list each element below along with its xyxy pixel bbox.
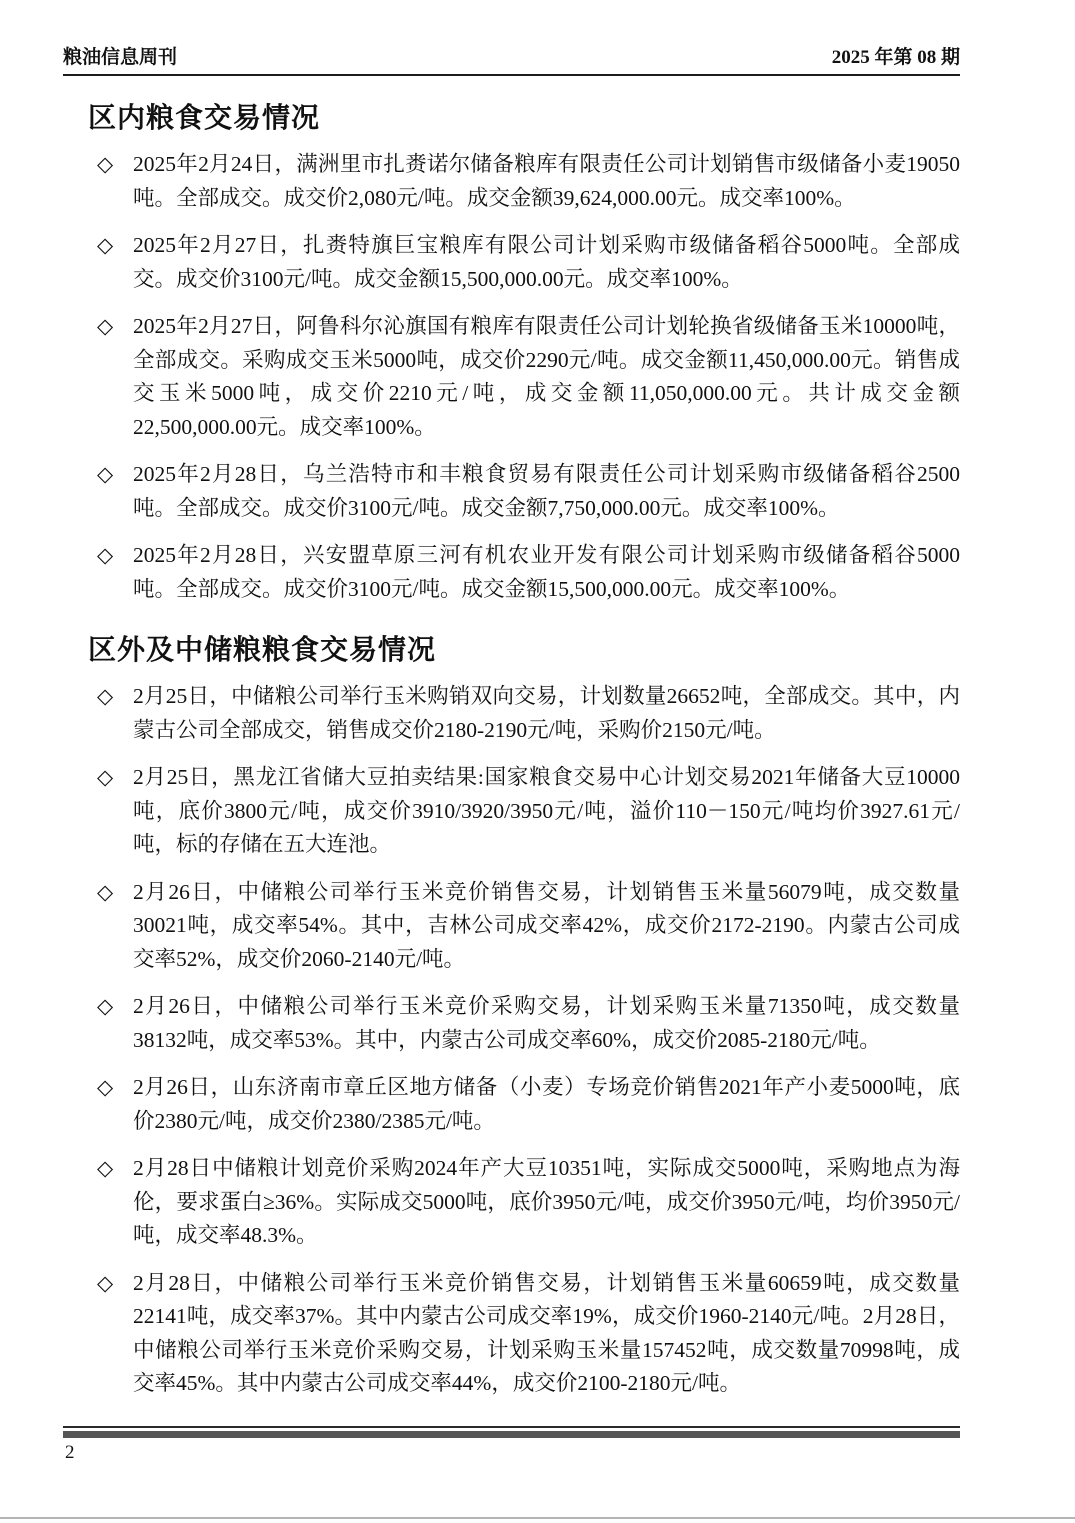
list-item: ◇ 2月26日，中储粮公司举行玉米竞价销售交易，计划销售玉米量56079吨，成交… bbox=[63, 876, 960, 977]
item-text: 2月26日，中储粮公司举行玉米竞价销售交易，计划销售玉米量56079吨，成交数量… bbox=[133, 880, 960, 971]
list-item: ◇ 2月26日，中储粮公司举行玉米竞价采购交易，计划采购玉米量71350吨，成交… bbox=[63, 990, 960, 1057]
extra-region-trade-list: ◇ 2月25日，中储粮公司举行玉米购销双向交易，计划数量26652吨，全部成交。… bbox=[63, 680, 960, 1401]
diamond-bullet-icon: ◇ bbox=[97, 539, 113, 573]
footer-rule-thick bbox=[63, 1431, 960, 1438]
item-text: 2月25日，中储粮公司举行玉米购销双向交易，计划数量26652吨，全部成交。其中… bbox=[133, 684, 960, 742]
diamond-bullet-icon: ◇ bbox=[97, 229, 113, 263]
page-header: 粮油信息周刊 2025 年第 08 期 bbox=[63, 42, 960, 76]
journal-title: 粮油信息周刊 bbox=[63, 42, 177, 69]
item-text: 2月28日中储粮计划竞价采购2024年产大豆10351吨，实际成交5000吨，采… bbox=[133, 1156, 960, 1247]
item-text: 2月26日，山东济南市章丘区地方储备（小麦）专场竞价销售2021年产小麦5000… bbox=[133, 1075, 960, 1133]
list-item: ◇ 2025年2月27日，阿鲁科尔沁旗国有粮库有限责任公司计划轮换省级储备玉米1… bbox=[63, 310, 960, 444]
list-item: ◇ 2月25日，中储粮公司举行玉米购销双向交易，计划数量26652吨，全部成交。… bbox=[63, 680, 960, 747]
list-item: ◇ 2025年2月28日，乌兰浩特市和丰粮食贸易有限责任公司计划采购市级储备稻谷… bbox=[63, 458, 960, 525]
document-page: 粮油信息周刊 2025 年第 08 期 区内粮食交易情况 ◇ 2025年2月24… bbox=[0, 0, 1075, 1523]
list-item: ◇ 2025年2月27日，扎赉特旗巨宝粮库有限公司计划采购市级储备稻谷5000吨… bbox=[63, 229, 960, 296]
diamond-bullet-icon: ◇ bbox=[97, 458, 113, 492]
diamond-bullet-icon: ◇ bbox=[97, 761, 113, 795]
diamond-bullet-icon: ◇ bbox=[97, 1152, 113, 1186]
diamond-bullet-icon: ◇ bbox=[97, 1267, 113, 1301]
list-item: ◇ 2月28日中储粮计划竞价采购2024年产大豆10351吨，实际成交5000吨… bbox=[63, 1152, 960, 1253]
item-text: 2025年2月27日，阿鲁科尔沁旗国有粮库有限责任公司计划轮换省级储备玉米100… bbox=[133, 314, 960, 439]
item-text: 2025年2月28日，乌兰浩特市和丰粮食贸易有限责任公司计划采购市级储备稻谷25… bbox=[133, 462, 960, 520]
page-footer: 2 bbox=[63, 1426, 960, 1464]
page-content: 区内粮食交易情况 ◇ 2025年2月24日，满洲里市扎赉诺尔储备粮库有限责任公司… bbox=[63, 96, 960, 1415]
diamond-bullet-icon: ◇ bbox=[97, 310, 113, 344]
diamond-bullet-icon: ◇ bbox=[97, 990, 113, 1024]
list-item: ◇ 2月28日，中储粮公司举行玉米竞价销售交易，计划销售玉米量60659吨，成交… bbox=[63, 1267, 960, 1401]
item-text: 2月25日，黑龙江省储大豆拍卖结果:国家粮食交易中心计划交易2021年储备大豆1… bbox=[133, 765, 960, 856]
diamond-bullet-icon: ◇ bbox=[97, 876, 113, 910]
section-heading-extra-region: 区外及中储粮粮食交易情况 bbox=[88, 628, 960, 668]
page-number: 2 bbox=[65, 1442, 960, 1464]
list-item: ◇ 2月25日，黑龙江省储大豆拍卖结果:国家粮食交易中心计划交易2021年储备大… bbox=[63, 761, 960, 862]
issue-label: 2025 年第 08 期 bbox=[832, 42, 960, 69]
item-text: 2月26日，中储粮公司举行玉米竞价采购交易，计划采购玉米量71350吨，成交数量… bbox=[133, 994, 960, 1052]
list-item: ◇ 2月26日，山东济南市章丘区地方储备（小麦）专场竞价销售2021年产小麦50… bbox=[63, 1071, 960, 1138]
item-text: 2025年2月27日，扎赉特旗巨宝粮库有限公司计划采购市级储备稻谷5000吨。全… bbox=[133, 233, 960, 291]
item-text: 2025年2月28日，兴安盟草原三河有机农业开发有限公司计划采购市级储备稻谷50… bbox=[133, 543, 960, 601]
item-text: 2025年2月24日，满洲里市扎赉诺尔储备粮库有限责任公司计划销售市级储备小麦1… bbox=[133, 152, 960, 210]
diamond-bullet-icon: ◇ bbox=[97, 1071, 113, 1105]
diamond-bullet-icon: ◇ bbox=[97, 148, 113, 182]
diamond-bullet-icon: ◇ bbox=[97, 680, 113, 714]
footer-rule-thin bbox=[63, 1426, 960, 1428]
page-bottom-edge bbox=[0, 1517, 1075, 1519]
list-item: ◇ 2025年2月28日，兴安盟草原三河有机农业开发有限公司计划采购市级储备稻谷… bbox=[63, 539, 960, 606]
list-item: ◇ 2025年2月24日，满洲里市扎赉诺尔储备粮库有限责任公司计划销售市级储备小… bbox=[63, 148, 960, 215]
section-heading-intra-region: 区内粮食交易情况 bbox=[88, 96, 960, 136]
intra-region-trade-list: ◇ 2025年2月24日，满洲里市扎赉诺尔储备粮库有限责任公司计划销售市级储备小… bbox=[63, 148, 960, 606]
item-text: 2月28日，中储粮公司举行玉米竞价销售交易，计划销售玉米量60659吨，成交数量… bbox=[133, 1271, 960, 1396]
